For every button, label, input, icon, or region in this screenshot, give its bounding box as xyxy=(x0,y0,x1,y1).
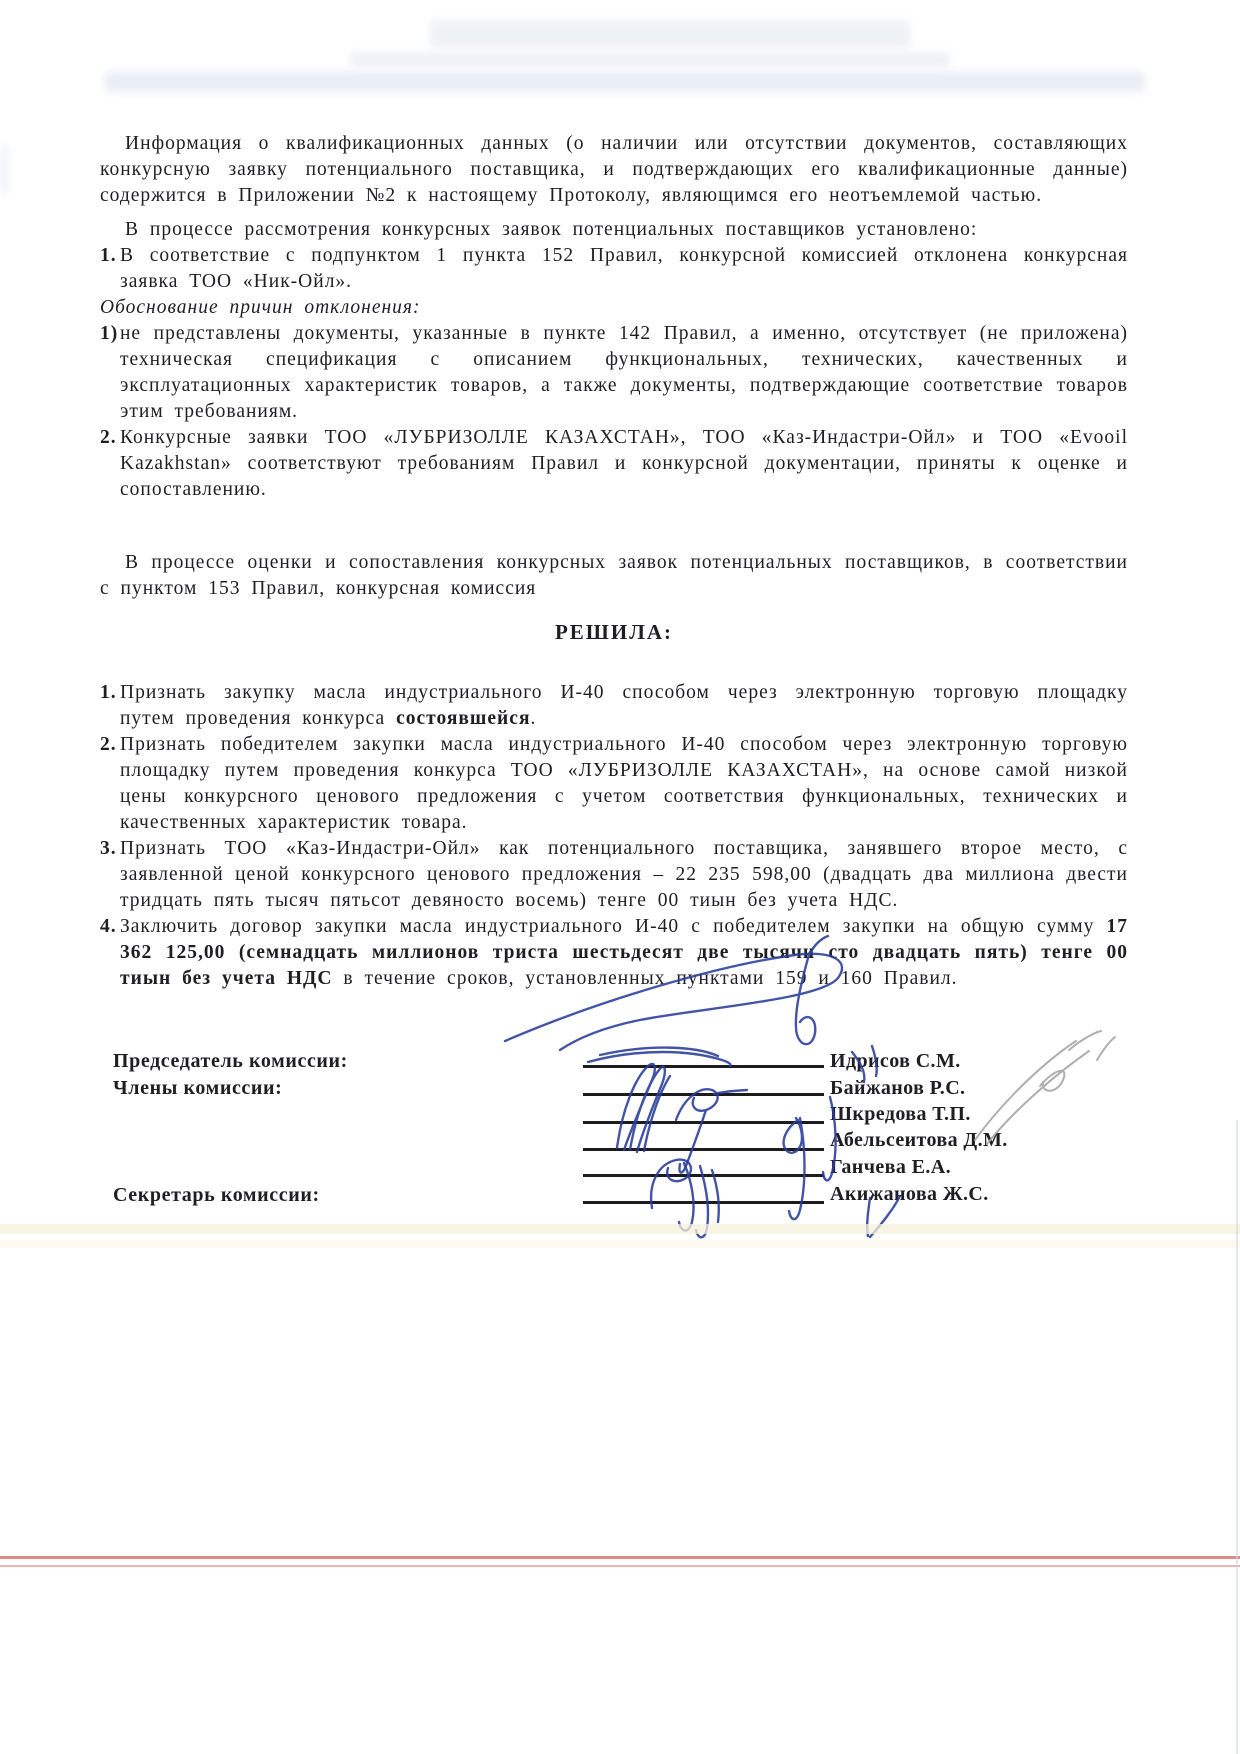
chairman-label: Председатель комиссии: xyxy=(113,1050,348,1073)
decision-item: 1. Признать закупку масла индустриальног… xyxy=(100,680,1128,732)
list-marker: 2. xyxy=(100,732,117,758)
scan-pink-line xyxy=(0,1556,1240,1559)
list-text: Признать ТОО «Каз-Индастри-Ойл» как поте… xyxy=(120,838,1128,911)
signature-name: Идрисов С.М. xyxy=(830,1050,961,1073)
list-text: не представлены документы, указанные в п… xyxy=(120,323,1128,422)
list-marker: 4. xyxy=(100,914,117,940)
list-text: Конкурсные заявки ТОО «ЛУБРИЗОЛЛЕ КАЗАХС… xyxy=(120,427,1128,500)
list-text: Заключить договор закупки масла индустри… xyxy=(120,916,1128,989)
signature-line xyxy=(583,1201,824,1204)
scan-edge-smudge xyxy=(2,145,7,195)
scan-ghost-text-middle xyxy=(350,52,950,68)
signature-line xyxy=(583,1121,824,1124)
intro-paragraph: Информация о квалификационных данных (о … xyxy=(100,131,1128,209)
list-marker: 1. xyxy=(100,680,117,706)
decision-heading: РЕШИЛА: xyxy=(100,619,1128,645)
secretary-label: Секретарь комиссии: xyxy=(113,1184,320,1207)
list-marker: 1) xyxy=(100,321,118,347)
decision-item: 4. Заключить договор закупки масла индус… xyxy=(100,914,1128,992)
signature-line xyxy=(583,1174,824,1177)
decision-item: 2. Признать победителем закупки масла ин… xyxy=(100,732,1128,836)
scanned-protocol-page: Информация о квалификационных данных (о … xyxy=(0,0,1240,1754)
review-intro-paragraph: В процессе рассмотрения конкурсных заяво… xyxy=(100,217,1128,243)
scan-pink-line xyxy=(0,1565,1240,1567)
list-text: Признать победителем закупки масла индус… xyxy=(120,734,1128,833)
evaluation-paragraph: В процессе оценки и сопоставления конкур… xyxy=(100,550,1128,602)
signature-line xyxy=(583,1065,824,1068)
list-marker: 3. xyxy=(100,836,117,862)
rejection-reasons-heading: Обоснование причин отклонения: xyxy=(100,295,1128,321)
scan-right-edge-line xyxy=(1236,1120,1238,1754)
scan-ghost-text-top xyxy=(430,20,910,48)
scan-ghost-text-band xyxy=(105,72,1145,92)
decisions-list: 1. Признать закупку масла индустриальног… xyxy=(100,680,1128,992)
signature-line xyxy=(583,1093,824,1096)
scan-cream-band xyxy=(0,1224,1240,1234)
signature-name: Байжанов Р.С. xyxy=(830,1077,965,1100)
signature-name: Акижанова Ж.С. xyxy=(830,1183,989,1206)
pencil-signature-mark xyxy=(975,1031,1115,1144)
review-list-item: 1. В соответствие с подпунктом 1 пункта … xyxy=(100,243,1128,295)
list-text: Признать закупку масла индустриального И… xyxy=(120,682,1128,729)
scan-cream-band xyxy=(0,1240,1240,1248)
signature-name: Шкредова Т.П. xyxy=(830,1103,971,1126)
rejection-reason-item: 1) не представлены документы, указанные … xyxy=(100,321,1128,425)
list-text: В соответствие с подпунктом 1 пункта 152… xyxy=(120,245,1128,292)
signature-name: Абельсеитова Д.М. xyxy=(830,1129,1008,1152)
list-marker: 1. xyxy=(100,243,117,269)
review-section: В процессе рассмотрения конкурсных заяво… xyxy=(100,217,1128,503)
signature-name: Ганчева Е.А. xyxy=(830,1156,951,1179)
decision-item: 3. Признать ТОО «Каз-Индастри-Ойл» как п… xyxy=(100,836,1128,914)
list-marker: 2. xyxy=(100,425,117,451)
signature-line xyxy=(583,1148,824,1151)
review-list-item: 2. Конкурсные заявки ТОО «ЛУБРИЗОЛЛЕ КАЗ… xyxy=(100,425,1128,503)
members-label: Члены комиссии: xyxy=(113,1077,282,1100)
